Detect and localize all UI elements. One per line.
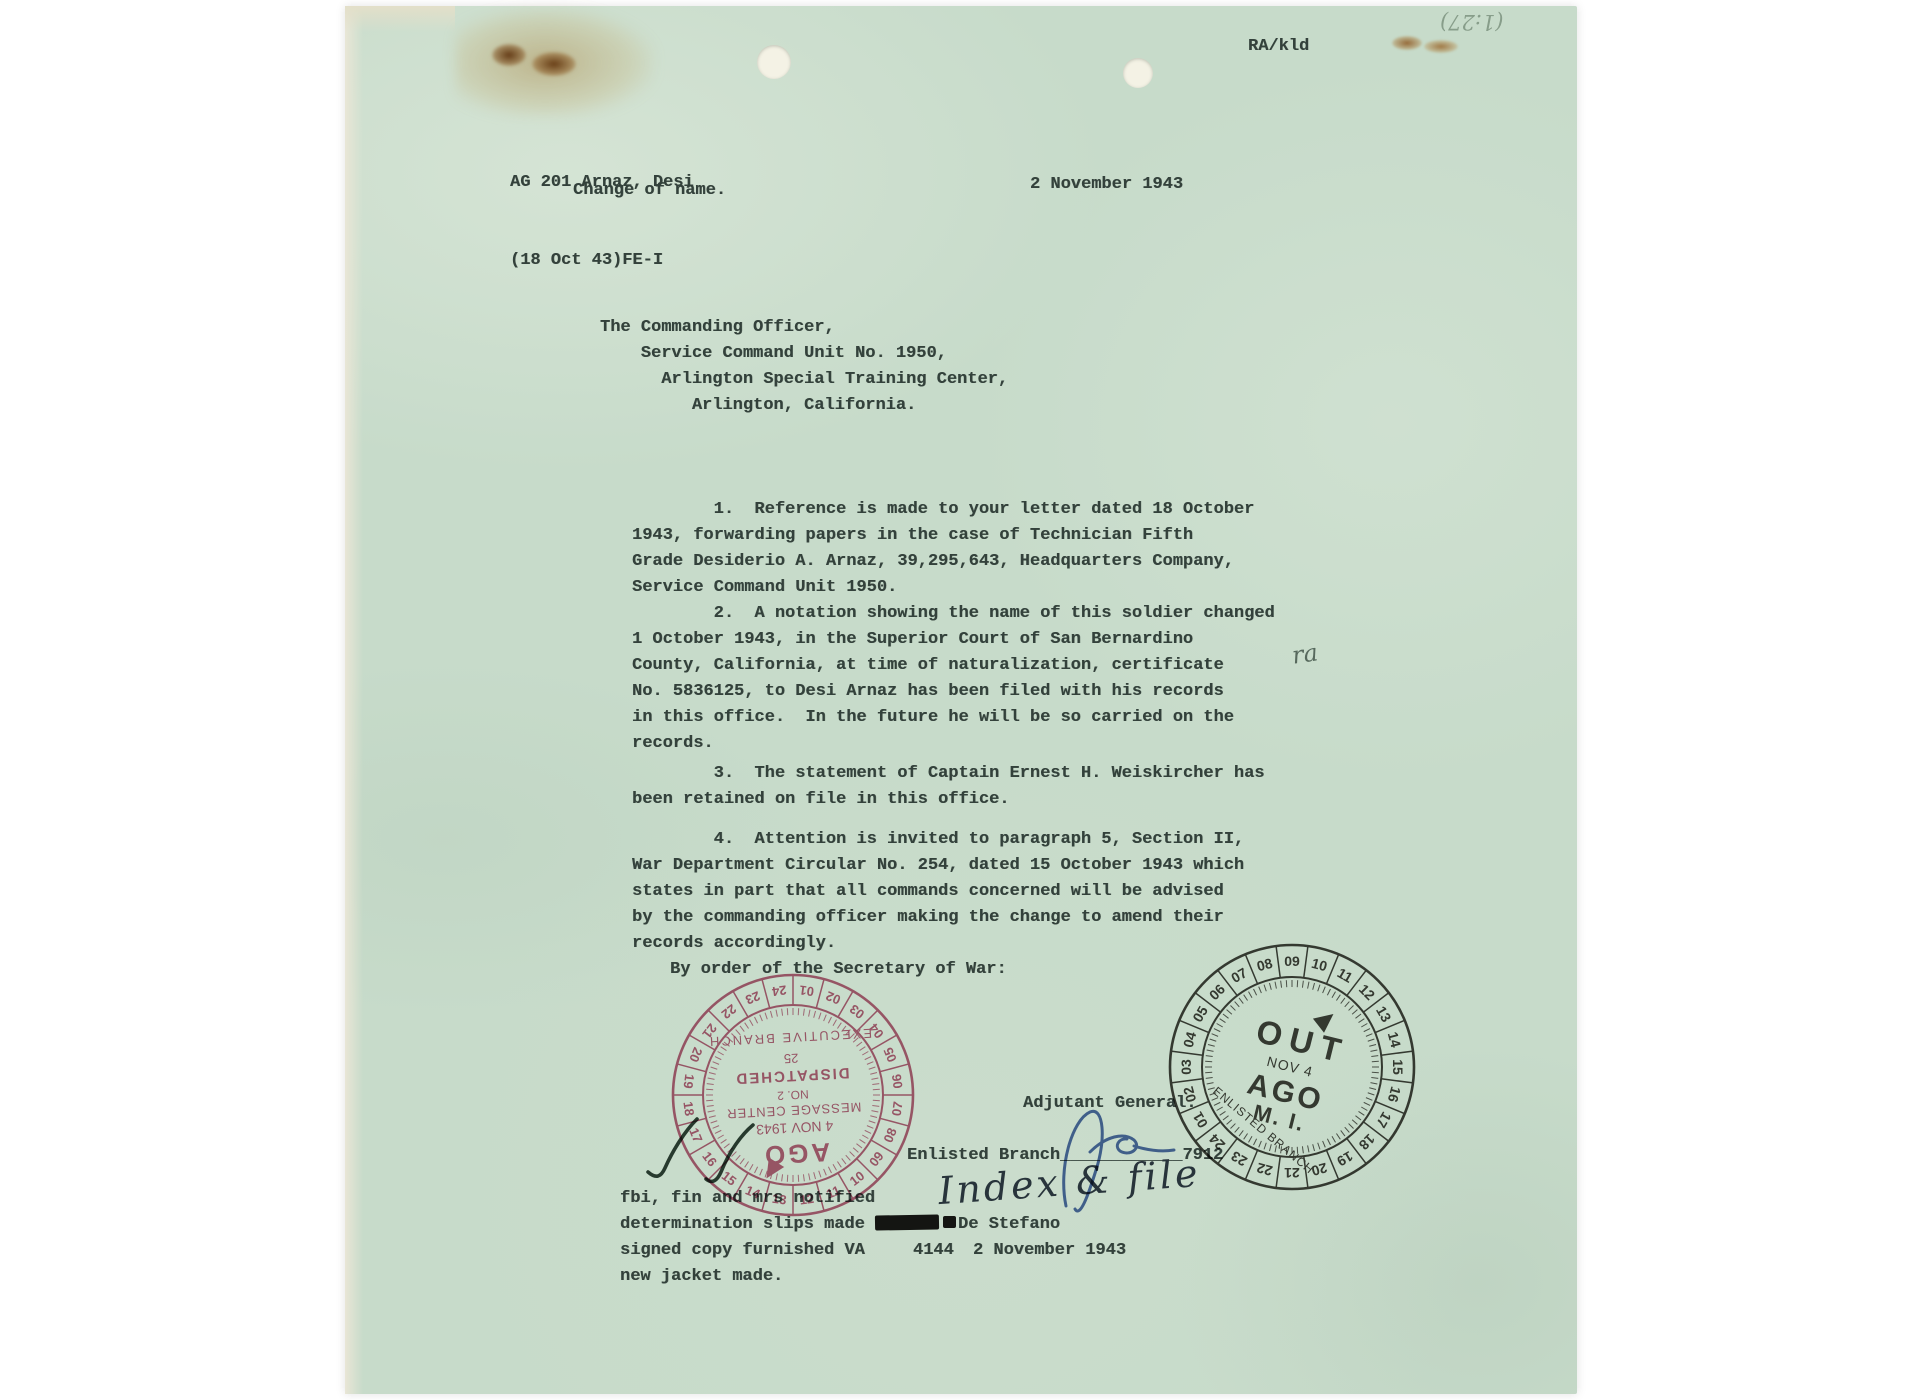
svg-text:20: 20 — [686, 1045, 705, 1064]
svg-text:22: 22 — [1255, 1160, 1274, 1180]
typed-line: Service Command Unit 1950. — [632, 575, 1254, 601]
svg-text:23: 23 — [743, 988, 762, 1007]
svg-text:15: 15 — [1390, 1059, 1406, 1075]
typed-line: 1943, forwarding papers in the case of T… — [632, 523, 1254, 549]
paper-top-edge — [345, 6, 455, 32]
svg-text:14: 14 — [743, 1182, 763, 1202]
typed-line: new jacket made. — [620, 1264, 875, 1290]
svg-text:24: 24 — [1206, 1131, 1228, 1153]
svg-text:08: 08 — [1255, 955, 1274, 975]
svg-text:15: 15 — [719, 1168, 740, 1189]
svg-text:05: 05 — [1189, 1003, 1211, 1025]
file-number: 4144 — [913, 1238, 954, 1264]
file-reference: AG 201 Arnaz, Desi (18 Oct 43)FE-I — [510, 118, 694, 326]
svg-text:04: 04 — [1180, 1030, 1200, 1049]
svg-text:14: 14 — [1385, 1030, 1405, 1049]
clerk-name: De Stefano — [958, 1212, 1060, 1238]
svg-text:01: 01 — [799, 982, 815, 999]
typed-line: records. — [632, 731, 1275, 757]
typed-line: signed copy furnished VA — [620, 1238, 875, 1264]
hole-punch-left — [757, 45, 791, 79]
svg-text:17: 17 — [686, 1126, 705, 1145]
paper-left-edge — [345, 6, 363, 1394]
svg-text:03: 03 — [1178, 1059, 1194, 1075]
svg-text:10: 10 — [847, 1168, 868, 1189]
svg-text:13: 13 — [1373, 1003, 1395, 1025]
typed-line: 4. Attention is invited to paragraph 5, … — [632, 827, 1244, 853]
typed-line: in this office. In the future he will be… — [632, 705, 1275, 731]
svg-text:12: 12 — [1356, 981, 1378, 1003]
hole-punch-right — [1123, 58, 1153, 88]
typed-line: 2. A notation showing the name of this s… — [632, 601, 1275, 627]
svg-text:23: 23 — [1228, 1148, 1250, 1170]
svg-text:25: 25 — [783, 1051, 798, 1067]
svg-text:24: 24 — [770, 982, 787, 999]
typed-line: records accordingly. — [632, 931, 1244, 957]
svg-text:09: 09 — [866, 1149, 887, 1170]
margin-note: ra — [1290, 638, 1319, 669]
paragraph-3: 3. The statement of Captain Ernest H. We… — [632, 761, 1265, 813]
svg-text:16: 16 — [699, 1149, 720, 1170]
paragraph-2: 2. A notation showing the name of this s… — [632, 601, 1275, 757]
typed-line: The Commanding Officer, — [600, 315, 1008, 341]
svg-text:06: 06 — [889, 1073, 906, 1089]
out-stamp-black: 0102030405060708091011121314151617181920… — [1163, 938, 1421, 1196]
typist-initials: RA/kld — [1248, 34, 1309, 60]
svg-text:12: 12 — [799, 1191, 815, 1208]
typed-line: County, California, at time of naturaliz… — [632, 653, 1275, 679]
svg-text:17: 17 — [1373, 1109, 1395, 1131]
svg-text:NO. 2: NO. 2 — [777, 1087, 809, 1103]
svg-text:4 NOV 1943: 4 NOV 1943 — [756, 1118, 834, 1138]
typed-line: No. 5836125, to Desi Arnaz has been file… — [632, 679, 1275, 705]
typed-line: been retained on file in this office. — [632, 787, 1265, 813]
svg-text:08: 08 — [880, 1126, 899, 1145]
dispatch-stamp-red: 0102030405060708091011121314151617181920… — [666, 968, 920, 1222]
svg-text:03: 03 — [847, 1001, 868, 1022]
typed-line: states in part that all commands concern… — [632, 879, 1244, 905]
svg-text:11: 11 — [1335, 964, 1356, 985]
subject-line: Change of name. — [573, 178, 726, 204]
svg-text:DISPATCHED: DISPATCHED — [734, 1064, 850, 1087]
typed-line: 3. The statement of Captain Ernest H. We… — [632, 761, 1265, 787]
typed-line: by the commanding officer making the cha… — [632, 905, 1244, 931]
svg-text:07: 07 — [1228, 964, 1250, 986]
typed-line: Arlington, California. — [600, 393, 1008, 419]
typed-line: 1. Reference is made to your letter date… — [632, 497, 1254, 523]
typed-line: 1 October 1943, in the Superior Court of… — [632, 627, 1275, 653]
redaction-mark-small — [943, 1216, 956, 1228]
svg-text:09: 09 — [1284, 953, 1300, 969]
svg-text:01: 01 — [1189, 1109, 1211, 1131]
svg-text:19: 19 — [680, 1073, 697, 1089]
svg-text:07: 07 — [889, 1101, 906, 1117]
typed-line: Arlington Special Training Center, — [600, 367, 1008, 393]
svg-text:18: 18 — [680, 1101, 697, 1117]
svg-text:06: 06 — [1206, 981, 1228, 1003]
svg-text:19: 19 — [1334, 1148, 1356, 1170]
svg-text:11: 11 — [824, 1182, 842, 1201]
routing-date: 2 November 1943 — [973, 1238, 1126, 1264]
typed-line: War Department Circular No. 254, dated 1… — [632, 853, 1244, 879]
svg-text:13: 13 — [771, 1191, 787, 1208]
typed-line: Service Command Unit No. 1950, — [600, 341, 1008, 367]
pencil-note: (1:27) — [1440, 10, 1504, 34]
svg-text:02: 02 — [1180, 1085, 1200, 1104]
svg-text:10: 10 — [1310, 955, 1329, 975]
paragraph-1: 1. Reference is made to your letter date… — [632, 497, 1254, 601]
recipient-address: The Commanding Officer, Service Command … — [600, 315, 1008, 419]
svg-text:22: 22 — [719, 1001, 740, 1022]
svg-text:18: 18 — [1356, 1131, 1378, 1153]
svg-text:16: 16 — [1385, 1085, 1405, 1104]
typed-line: Grade Desiderio A. Arnaz, 39,295,643, He… — [632, 549, 1254, 575]
typed-line: (18 Oct 43)FE-I — [510, 248, 694, 274]
svg-text:02: 02 — [824, 988, 843, 1007]
date-line: 2 November 1943 — [1030, 172, 1183, 198]
scanned-document: (1:27) RA/kld AG 201 Arnaz, Desi (18 Oct… — [0, 0, 1920, 1400]
paragraph-4: 4. Attention is invited to paragraph 5, … — [632, 827, 1244, 957]
svg-text:05: 05 — [880, 1045, 899, 1064]
